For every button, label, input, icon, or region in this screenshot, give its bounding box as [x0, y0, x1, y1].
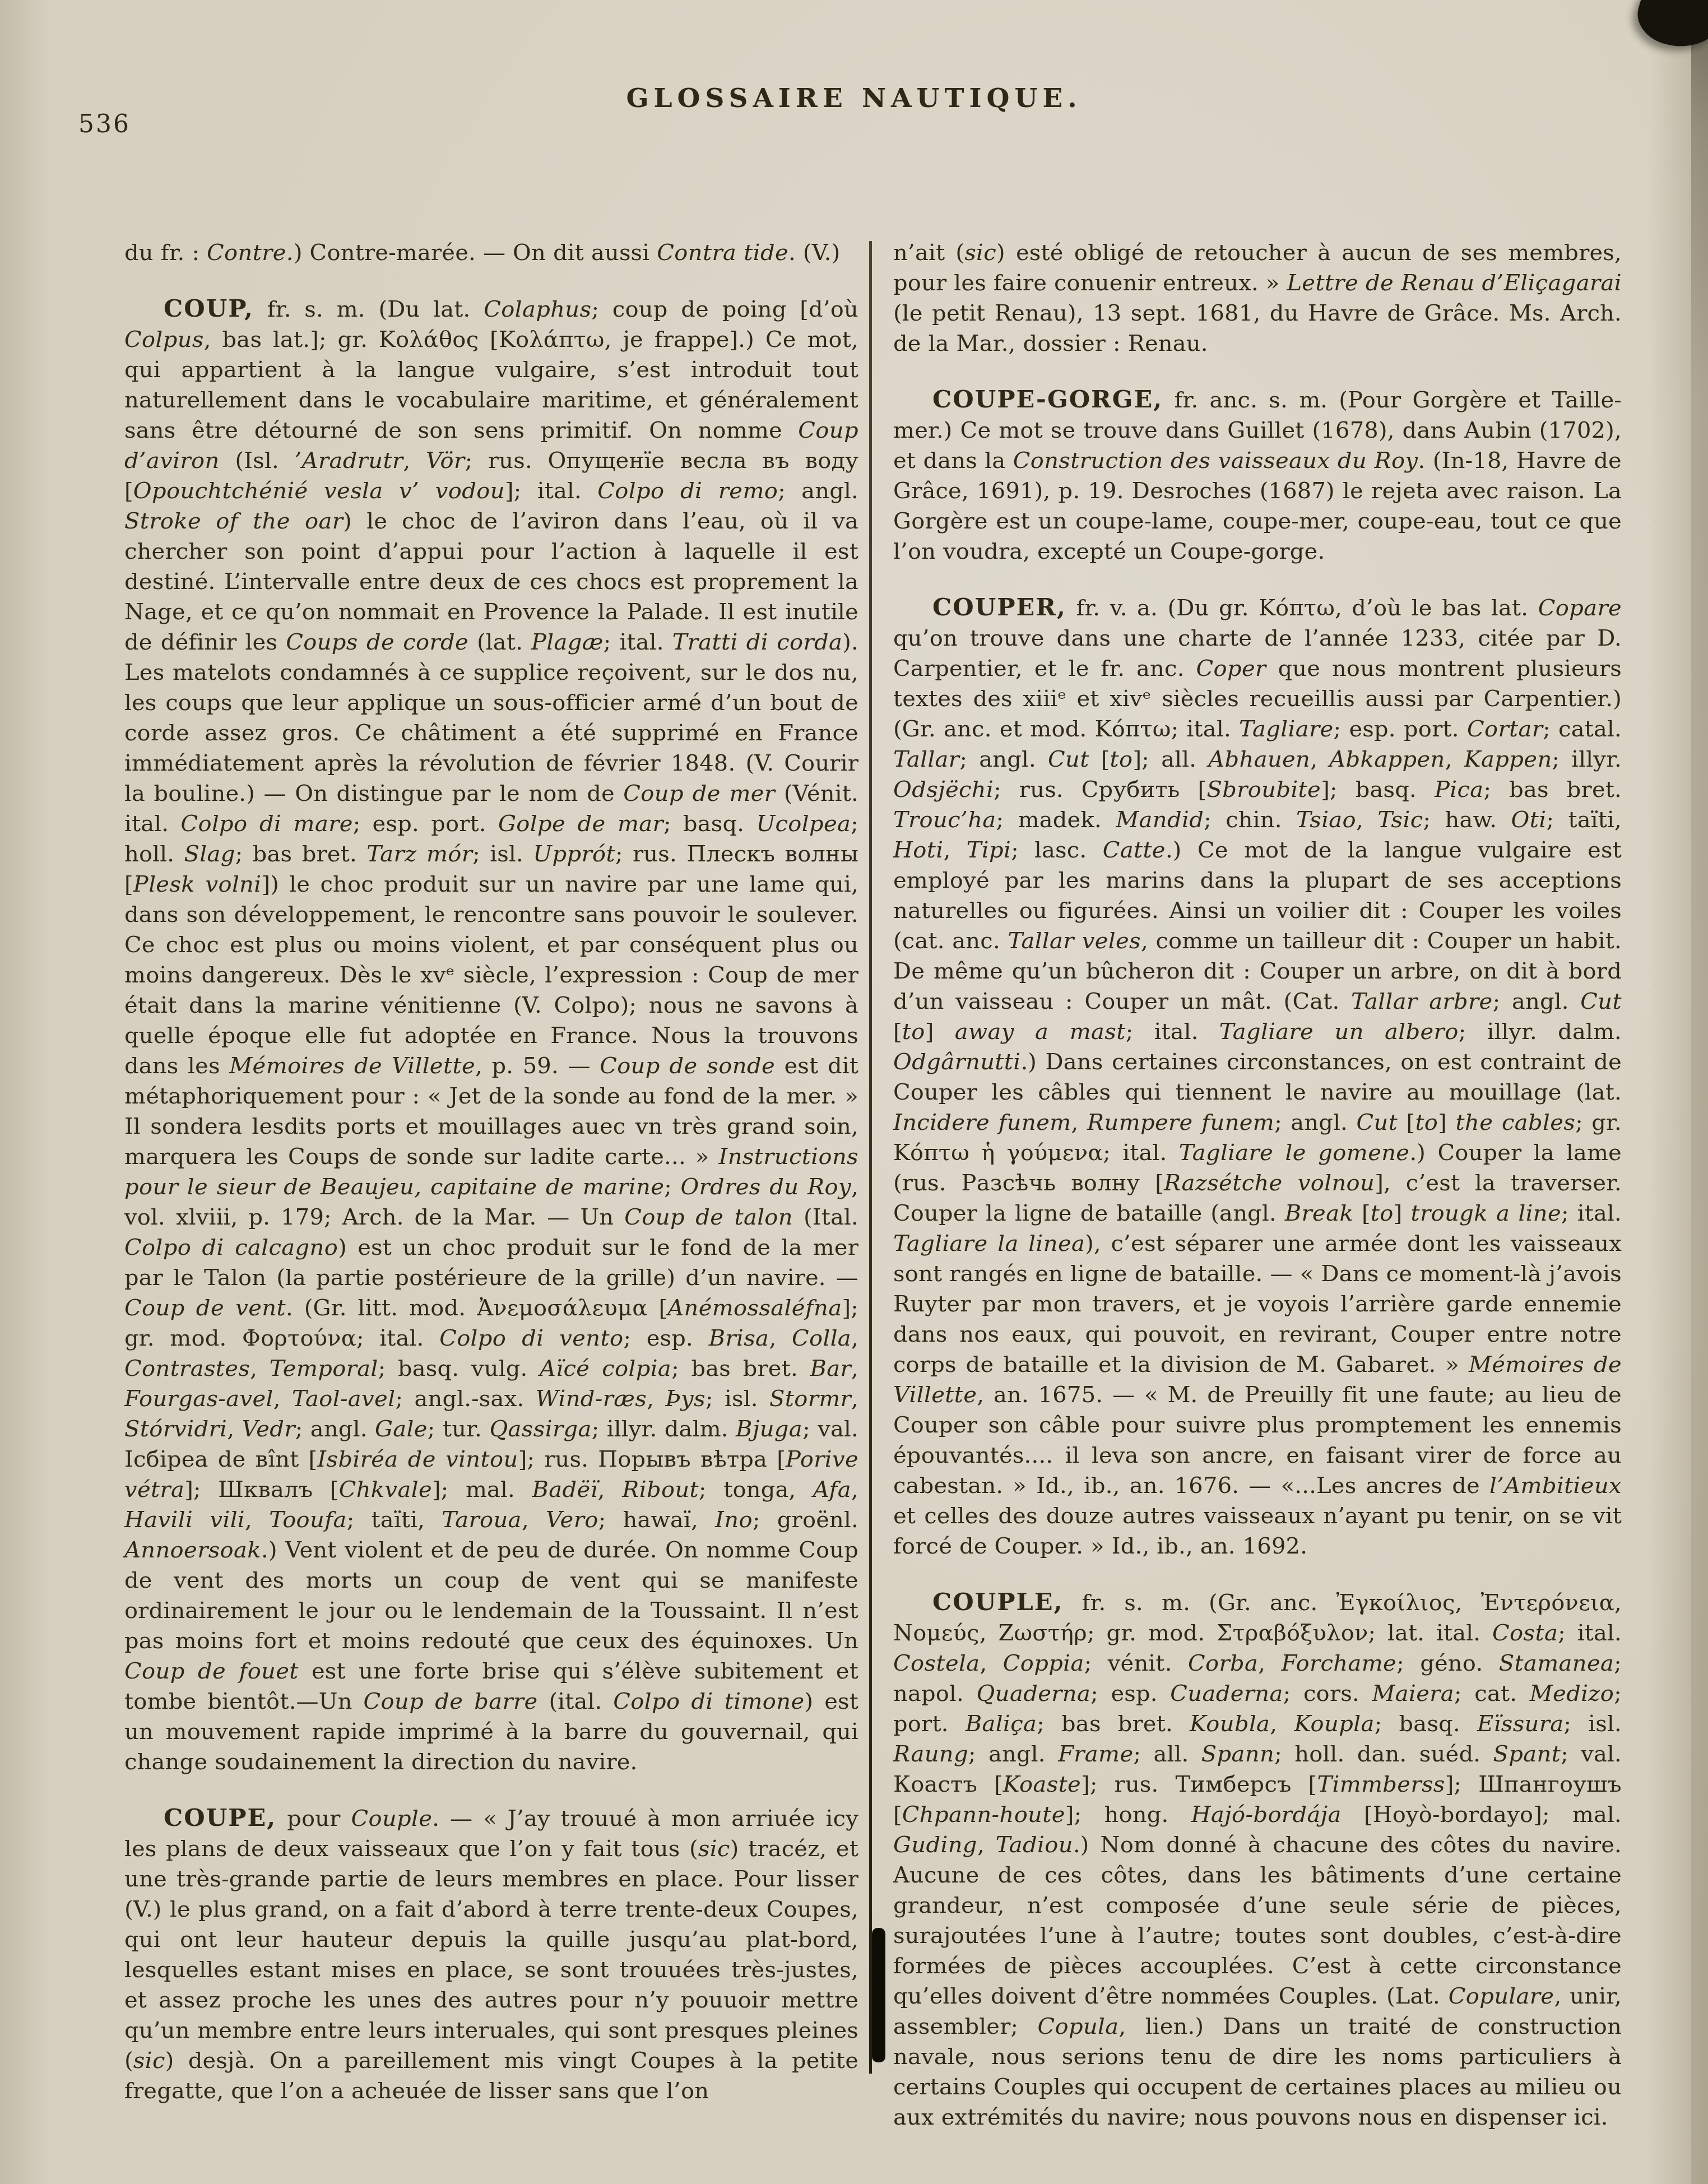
entry-text: fr. s. m. (Du lat. Colaphus; coup de poi…	[124, 296, 858, 1775]
column-divider-ink-blot	[872, 1928, 885, 2062]
entry-coupe-continuation: n’ait (sic) esté obligé de retoucher à a…	[893, 238, 1622, 359]
entry-headword: COUPER,	[932, 593, 1066, 622]
page-edge-shadow	[1691, 0, 1708, 2184]
entry-headword: COUP,	[164, 295, 254, 323]
entry-text: n’ait (sic) esté obligé de retoucher à a…	[893, 240, 1622, 356]
page-title: GLOSSAIRE NAUTIQUE.	[0, 83, 1708, 114]
entry-coupe: COUPE, pour Couple. — « J’ay trouué à mo…	[124, 1803, 858, 2106]
page-number: 536	[78, 110, 131, 138]
entry-headword: COUPE,	[164, 1804, 276, 1832]
scanned-page: 536 GLOSSAIRE NAUTIQUE. du fr. : Contre.…	[0, 0, 1708, 2184]
entry-text: fr. v. a. (Du gr. Κόπτω, d’où le bas lat…	[893, 595, 1622, 1559]
column-divider-rule	[869, 241, 872, 2074]
entry-couple: COUPLE, fr. s. m. (Gr. anc. Ἐγκοίλιος, Ἐ…	[893, 1587, 1622, 2132]
entry-coup: COUP, fr. s. m. (Du lat. Colaphus; coup …	[124, 294, 858, 1777]
entry-headword: COUPLE,	[932, 1588, 1064, 1616]
entry-text: fr. anc. s. m. (Pour Gorgère et Taille-m…	[893, 387, 1622, 564]
entry-text: fr. s. m. (Gr. anc. Ἐγκοίλιος, Ἐντερόνει…	[893, 1590, 1622, 2130]
entry-coupe-gorge: COUPE-GORGE, fr. anc. s. m. (Pour Gorgèr…	[893, 384, 1622, 567]
right-column: n’ait (sic) esté obligé de retoucher à a…	[893, 238, 1622, 2132]
entry-text: du fr. : Contre.) Contre-marée. — On dit…	[124, 240, 840, 266]
left-column: du fr. : Contre.) Contre-marée. — On dit…	[124, 238, 858, 2106]
entry-couper: COUPER, fr. v. a. (Du gr. Κόπτω, d’où le…	[893, 592, 1622, 1561]
entry-text: pour Couple. — « J’ay trouué à mon arriu…	[124, 1806, 858, 2104]
entry-contre-maree-continuation: du fr. : Contre.) Contre-marée. — On dit…	[124, 238, 858, 268]
entry-headword: COUPE-GORGE,	[932, 386, 1163, 414]
